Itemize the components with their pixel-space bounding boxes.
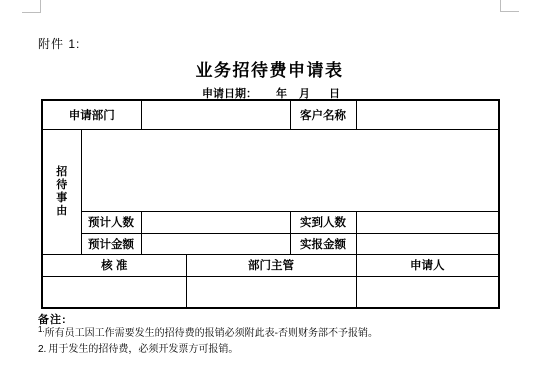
approval-label: 核 准 <box>42 254 186 276</box>
entertainment-reason-field[interactable] <box>81 129 499 211</box>
actual-amount-label: 实报金额 <box>290 233 356 254</box>
note-2-text: 用于发生的招待费，必须开发票方可报销。 <box>48 344 238 355</box>
crop-mark-top-left-icon <box>22 0 41 13</box>
table-row: 申请部门 客户名称 <box>42 100 499 129</box>
applying-department-field[interactable] <box>141 100 290 129</box>
applicant-label: 申请人 <box>356 254 499 276</box>
entertainment-reason-label: 招待事由 <box>42 129 81 254</box>
customer-name-label: 客户名称 <box>290 100 356 129</box>
note-item-1: 1.所有员工因工作需要发生的招待费的报销必须附此表-否则财务部不予报销。 <box>38 324 378 339</box>
estimated-people-field[interactable] <box>141 211 290 233</box>
estimated-amount-label: 预计金额 <box>81 233 141 254</box>
document-page: 附件 1: 业务招待费申请表 申请日期：年月日 申请部门 客户名称 招待事由 预… <box>0 0 547 383</box>
department-supervisor-label: 部门主管 <box>186 254 356 276</box>
approval-signature-field[interactable] <box>42 276 186 308</box>
note-2-number: 2. <box>38 344 46 355</box>
application-form-table: 申请部门 客户名称 招待事由 预计人数 实到人数 预计金额 实报金额 核 准 部… <box>41 99 500 309</box>
attachment-label: 附件 1: <box>38 35 80 52</box>
page-title: 业务招待费申请表 <box>41 56 498 81</box>
applicant-signature-field[interactable] <box>356 276 499 308</box>
note-item-2: 2.用于发生的招待费，必须开发票方可报销。 <box>38 340 238 355</box>
applying-department-label: 申请部门 <box>42 100 141 129</box>
actual-people-label: 实到人数 <box>290 211 356 233</box>
table-row: 核 准 部门主管 申请人 <box>42 254 499 276</box>
table-row: 预计金额 实报金额 <box>42 233 499 254</box>
note-1-number: 1. <box>38 325 45 334</box>
table-row: 预计人数 实到人数 <box>42 211 499 233</box>
table-row <box>42 276 499 308</box>
note-1-text: 所有员工因工作需要发生的招待费的报销必须附此表-否则财务部不予报销。 <box>45 328 378 339</box>
estimated-people-label: 预计人数 <box>81 211 141 233</box>
actual-people-field[interactable] <box>356 211 499 233</box>
crop-mark-top-right-icon <box>500 0 519 12</box>
table-row: 招待事由 <box>42 129 499 211</box>
estimated-amount-field[interactable] <box>141 233 290 254</box>
actual-amount-field[interactable] <box>356 233 499 254</box>
department-supervisor-signature-field[interactable] <box>186 276 356 308</box>
customer-name-field[interactable] <box>356 100 499 129</box>
